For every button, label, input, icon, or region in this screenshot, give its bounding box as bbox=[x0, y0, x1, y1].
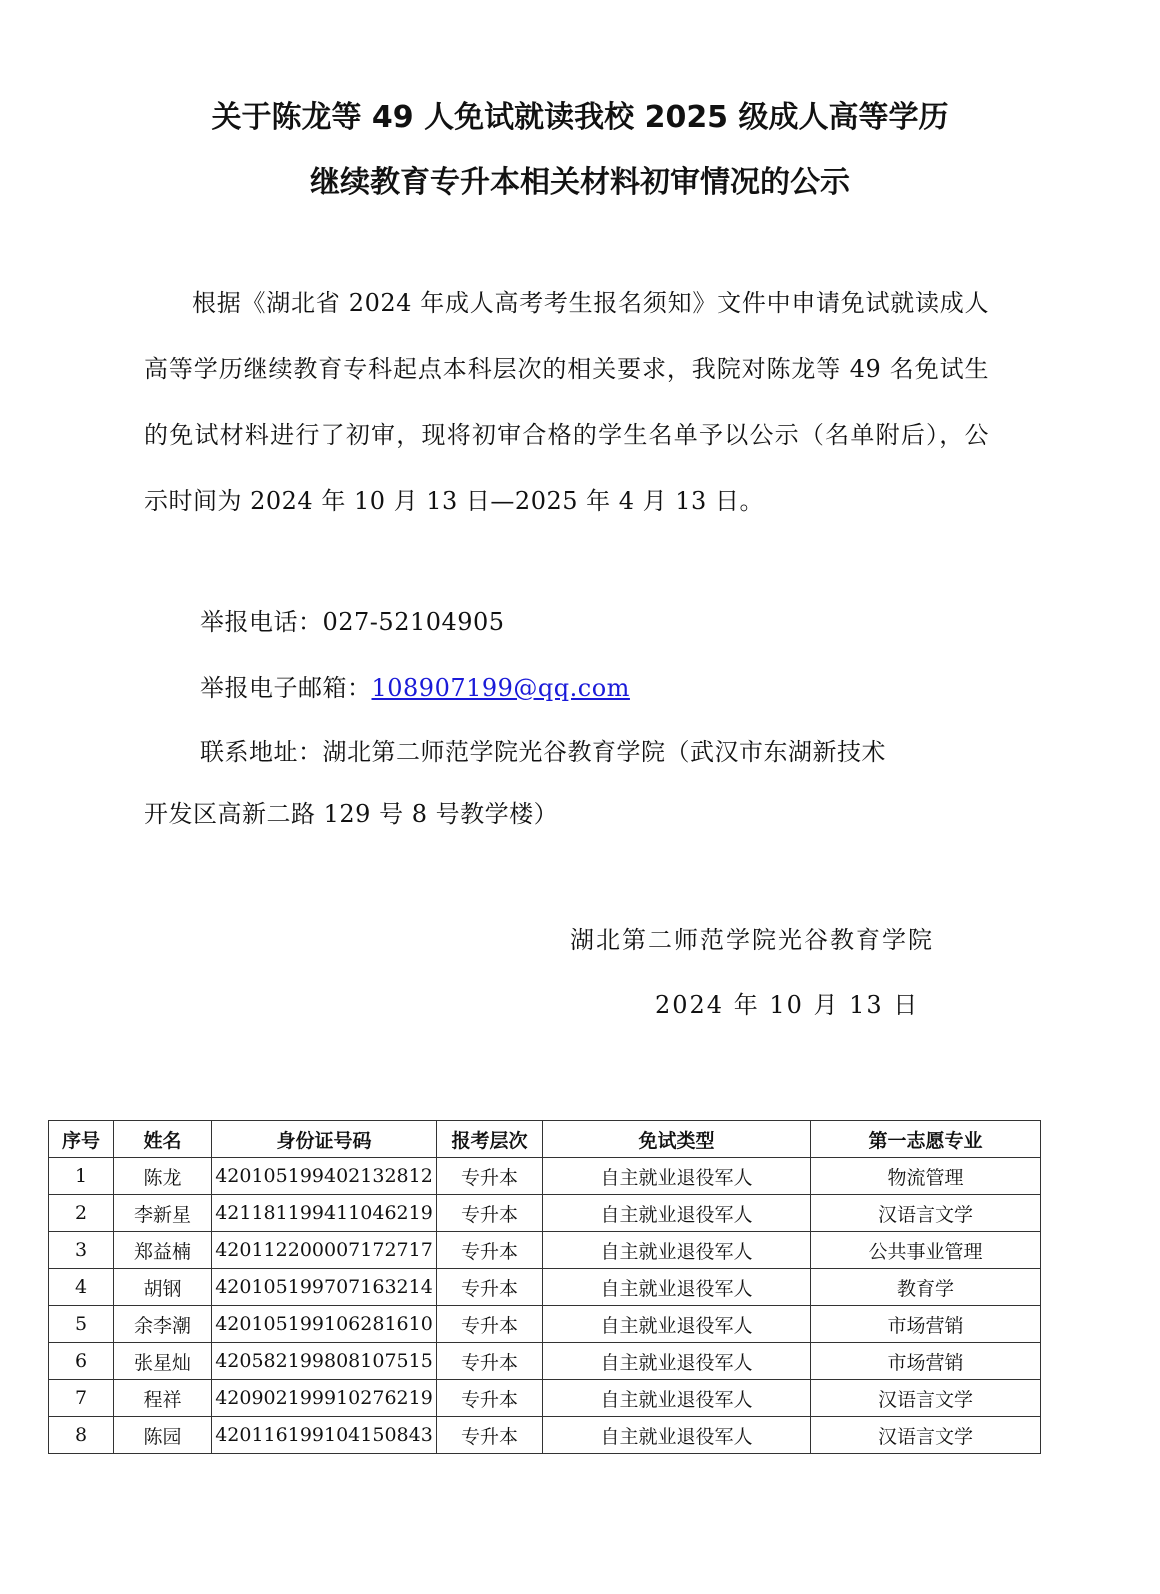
email-label: 举报电子邮箱： bbox=[200, 674, 372, 702]
cell-index: 3 bbox=[49, 1232, 114, 1269]
table-row: 8 陈园 420116199104150843 专升本 自主就业退役军人 汉语言… bbox=[49, 1417, 1041, 1454]
address-line-1: 联系地址：湖北第二师范学院光谷教育学院（武汉市东湖新技术 bbox=[200, 732, 886, 767]
report-phone-line: 举报电话：027-52104905 bbox=[200, 602, 505, 637]
cell-level: 专升本 bbox=[437, 1306, 543, 1343]
cell-index: 1 bbox=[49, 1158, 114, 1195]
cell-major: 公共事业管理 bbox=[811, 1232, 1041, 1269]
document-title-line-1: 关于陈龙等 49 人免试就读我校 2025 级成人高等学历 bbox=[0, 92, 1160, 136]
cell-name: 程祥 bbox=[114, 1380, 212, 1417]
header-level: 报考层次 bbox=[437, 1121, 543, 1158]
document-title-line-2: 继续教育专升本相关材料初审情况的公示 bbox=[0, 157, 1160, 201]
header-index: 序号 bbox=[49, 1121, 114, 1158]
cell-id-number: 420105199106281610 bbox=[212, 1306, 437, 1343]
phone-label: 举报电话： bbox=[200, 608, 323, 636]
cell-id-number: 420582199808107515 bbox=[212, 1343, 437, 1380]
cell-major: 汉语言文学 bbox=[811, 1380, 1041, 1417]
cell-name: 李新星 bbox=[114, 1195, 212, 1232]
cell-exemption-type: 自主就业退役军人 bbox=[543, 1232, 811, 1269]
signature-date: 2024 年 10 月 13 日 bbox=[655, 985, 919, 1020]
table-row: 3 郑益楠 420112200007172717 专升本 自主就业退役军人 公共… bbox=[49, 1232, 1041, 1269]
cell-exemption-type: 自主就业退役军人 bbox=[543, 1195, 811, 1232]
cell-exemption-type: 自主就业退役军人 bbox=[543, 1269, 811, 1306]
header-exemption-type: 免试类型 bbox=[543, 1121, 811, 1158]
cell-major: 教育学 bbox=[811, 1269, 1041, 1306]
cell-id-number: 421181199411046219 bbox=[212, 1195, 437, 1232]
cell-level: 专升本 bbox=[437, 1417, 543, 1454]
cell-exemption-type: 自主就业退役军人 bbox=[543, 1306, 811, 1343]
cell-major: 物流管理 bbox=[811, 1158, 1041, 1195]
cell-id-number: 420112200007172717 bbox=[212, 1232, 437, 1269]
phone-number: 027-52104905 bbox=[323, 608, 505, 636]
cell-level: 专升本 bbox=[437, 1380, 543, 1417]
body-paragraph: 根据《湖北省 2024 年成人高考考生报名须知》文件中申请免试就读成人高等学历继… bbox=[144, 270, 989, 534]
cell-id-number: 420105199707163214 bbox=[212, 1269, 437, 1306]
cell-name: 陈园 bbox=[114, 1417, 212, 1454]
header-major: 第一志愿专业 bbox=[811, 1121, 1041, 1158]
cell-name: 张星灿 bbox=[114, 1343, 212, 1380]
cell-name: 郑益楠 bbox=[114, 1232, 212, 1269]
address-text: 湖北第二师范学院光谷教育学院（武汉市东湖新技术 bbox=[323, 738, 887, 766]
cell-index: 6 bbox=[49, 1343, 114, 1380]
cell-index: 2 bbox=[49, 1195, 114, 1232]
student-roster-table: 序号 姓名 身份证号码 报考层次 免试类型 第一志愿专业 1 陈龙 420105… bbox=[48, 1120, 1041, 1454]
table-row: 5 余李潮 420105199106281610 专升本 自主就业退役军人 市场… bbox=[49, 1306, 1041, 1343]
cell-level: 专升本 bbox=[437, 1232, 543, 1269]
cell-name: 胡钢 bbox=[114, 1269, 212, 1306]
cell-major: 市场营销 bbox=[811, 1306, 1041, 1343]
signature-org: 湖北第二师范学院光谷教育学院 bbox=[570, 920, 934, 955]
cell-major: 市场营销 bbox=[811, 1343, 1041, 1380]
report-email-line: 举报电子邮箱：108907199@qq.com bbox=[200, 668, 630, 703]
cell-name: 陈龙 bbox=[114, 1158, 212, 1195]
table-row: 1 陈龙 420105199402132812 专升本 自主就业退役军人 物流管… bbox=[49, 1158, 1041, 1195]
cell-major: 汉语言文学 bbox=[811, 1417, 1041, 1454]
cell-id-number: 420116199104150843 bbox=[212, 1417, 437, 1454]
header-id-number: 身份证号码 bbox=[212, 1121, 437, 1158]
email-link[interactable]: 108907199@qq.com bbox=[372, 674, 630, 702]
cell-exemption-type: 自主就业退役军人 bbox=[543, 1158, 811, 1195]
address-line-2: 开发区高新二路 129 号 8 号教学楼） bbox=[144, 794, 558, 829]
table-header-row: 序号 姓名 身份证号码 报考层次 免试类型 第一志愿专业 bbox=[49, 1121, 1041, 1158]
cell-level: 专升本 bbox=[437, 1343, 543, 1380]
cell-exemption-type: 自主就业退役军人 bbox=[543, 1417, 811, 1454]
address-label: 联系地址： bbox=[200, 738, 323, 766]
header-name: 姓名 bbox=[114, 1121, 212, 1158]
cell-major: 汉语言文学 bbox=[811, 1195, 1041, 1232]
cell-index: 5 bbox=[49, 1306, 114, 1343]
cell-exemption-type: 自主就业退役军人 bbox=[543, 1380, 811, 1417]
cell-exemption-type: 自主就业退役军人 bbox=[543, 1343, 811, 1380]
cell-id-number: 420902199910276219 bbox=[212, 1380, 437, 1417]
table-row: 7 程祥 420902199910276219 专升本 自主就业退役军人 汉语言… bbox=[49, 1380, 1041, 1417]
cell-level: 专升本 bbox=[437, 1158, 543, 1195]
table-row: 2 李新星 421181199411046219 专升本 自主就业退役军人 汉语… bbox=[49, 1195, 1041, 1232]
table-row: 6 张星灿 420582199808107515 专升本 自主就业退役军人 市场… bbox=[49, 1343, 1041, 1380]
cell-id-number: 420105199402132812 bbox=[212, 1158, 437, 1195]
cell-index: 7 bbox=[49, 1380, 114, 1417]
table-row: 4 胡钢 420105199707163214 专升本 自主就业退役军人 教育学 bbox=[49, 1269, 1041, 1306]
cell-index: 4 bbox=[49, 1269, 114, 1306]
cell-index: 8 bbox=[49, 1417, 114, 1454]
cell-level: 专升本 bbox=[437, 1195, 543, 1232]
cell-level: 专升本 bbox=[437, 1269, 543, 1306]
cell-name: 余李潮 bbox=[114, 1306, 212, 1343]
